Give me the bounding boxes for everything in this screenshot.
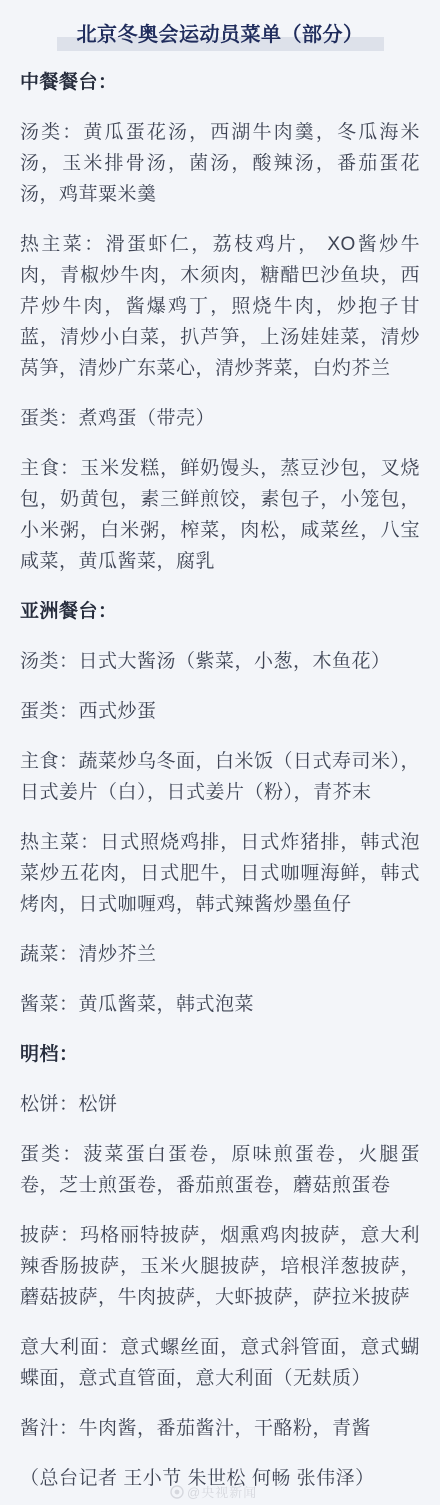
menu-paragraph-asian-staples: 主食：蔬菜炒乌冬面，白米饭（日式寿司米），日式姜片（白），日式姜片（粉），青芥末 bbox=[20, 746, 420, 808]
menu-paragraph-hot-mains: 热主菜：滑蛋虾仁，荔枝鸡片， XO酱炒牛肉，青椒炒牛肉，木须肉，糖醋巴沙鱼块，西… bbox=[20, 229, 420, 384]
menu-paragraph-pancakes: 松饼：松饼 bbox=[20, 1089, 420, 1120]
menu-paragraph-omelettes: 蛋类：菠菜蛋白蛋卷，原味煎蛋卷，火腿蛋卷，芝士煎蛋卷，番茄煎蛋卷，蘑菇煎蛋卷 bbox=[20, 1139, 420, 1201]
station-heading-chinese: 中餐餐台： bbox=[20, 67, 420, 98]
menu-paragraph-eggs: 蛋类：煮鸡蛋（带壳） bbox=[20, 403, 420, 434]
title-row: 北京冬奥会运动员菜单（部分） bbox=[20, 16, 420, 54]
watermark-text: @央视新闻 bbox=[187, 1482, 257, 1501]
menu-paragraph-sauces: 酱汁：牛肉酱，番茄酱汁，干酪粉，青酱 bbox=[20, 1413, 420, 1444]
menu-paragraph-asian-soups: 汤类：日式大酱汤（紫菜，小葱，木鱼花） bbox=[20, 646, 420, 677]
menu-paragraph-asian-pickles: 酱菜：黄瓜酱菜，韩式泡菜 bbox=[20, 989, 420, 1020]
cctv-news-logo-icon bbox=[170, 1485, 184, 1499]
article-page: 北京冬奥会运动员菜单（部分） 中餐餐台： 汤类：黄瓜蛋花汤，西湖牛肉羹，冬瓜海米… bbox=[0, 0, 440, 1494]
station-heading-open-kitchen: 明档： bbox=[20, 1039, 420, 1070]
station-heading-asian: 亚洲餐台： bbox=[20, 596, 420, 627]
menu-paragraph-asian-hot-mains: 热主菜：日式照烧鸡排，日式炸猪排，韩式泡菜炒五花肉，日式肥牛，日式咖喱海鲜，韩式… bbox=[20, 827, 420, 920]
menu-paragraph-asian-eggs: 蛋类：西式炒蛋 bbox=[20, 696, 420, 727]
watermark: @央视新闻 bbox=[170, 1482, 257, 1501]
menu-paragraph-staples: 主食：玉米发糕，鲜奶馒头，蒸豆沙包，叉烧包，奶黄包，素三鲜煎饺，素包子，小笼包，… bbox=[20, 453, 420, 577]
menu-paragraph-asian-vegetables: 蔬菜：清炒芥兰 bbox=[20, 939, 420, 970]
page-title: 北京冬奥会运动员菜单（部分） bbox=[57, 16, 384, 54]
menu-paragraph-soups: 汤类：黄瓜蛋花汤，西湖牛肉羹，冬瓜海米汤，玉米排骨汤，菌汤，酸辣汤，番茄蛋花汤，… bbox=[20, 117, 420, 210]
menu-paragraph-pizza: 披萨：玛格丽特披萨，烟熏鸡肉披萨，意大利辣香肠披萨，玉米火腿披萨，培根洋葱披萨，… bbox=[20, 1220, 420, 1313]
menu-paragraph-pasta: 意大利面：意式螺丝面，意式斜管面，意式蝴蝶面，意式直管面，意大利面（无麸质） bbox=[20, 1332, 420, 1394]
